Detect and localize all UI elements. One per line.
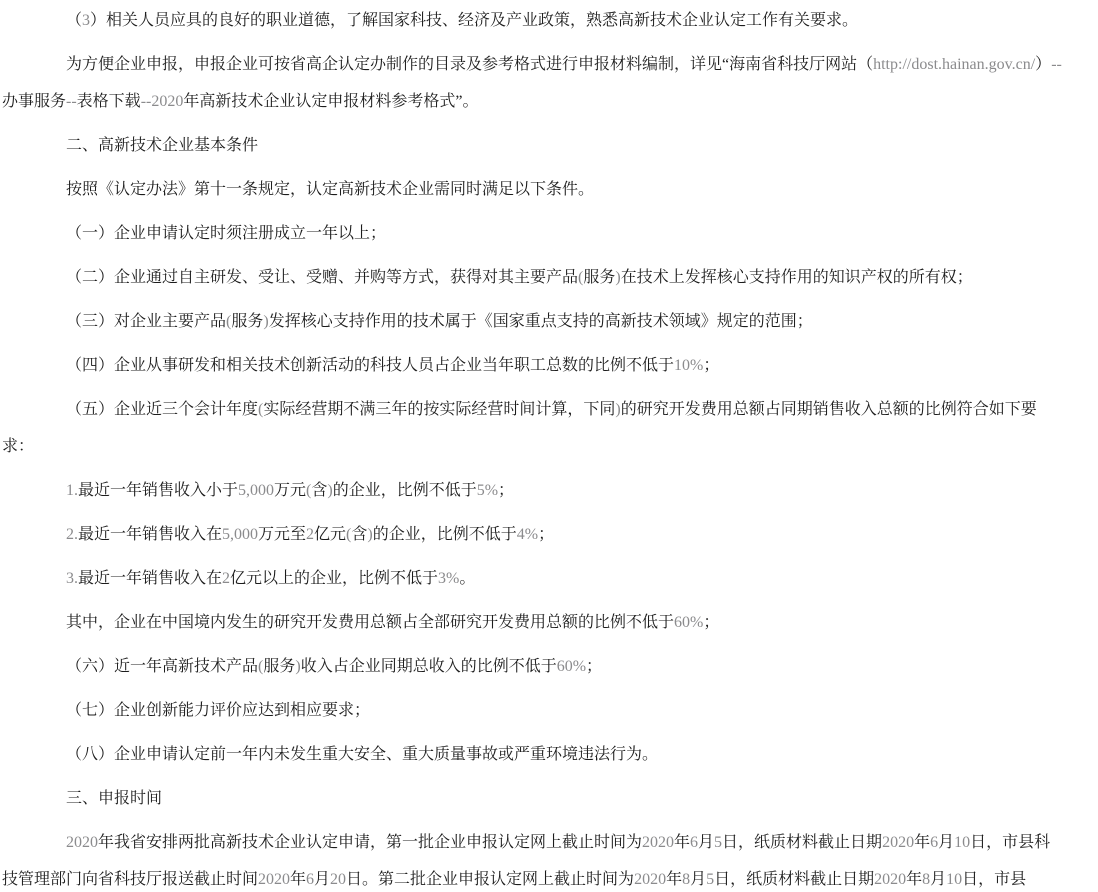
paragraph: （一）企业申请认定时须注册成立一年以上； xyxy=(2,215,1066,252)
paragraph: 2020年我省安排两批高新技术企业认定申请，第一批企业申报认定网上截止时间为20… xyxy=(2,824,1066,892)
paragraph: （七）企业创新能力评价应达到相应要求； xyxy=(2,692,1066,729)
section-heading: 二、高新技术企业基本条件 xyxy=(2,127,1066,164)
paragraph: （3）相关人员应具的良好的职业道德，了解国家科技、经济及产业政策，熟悉高新技术企… xyxy=(2,2,1066,39)
paragraph: 其中，企业在中国境内发生的研究开发费用总额占全部研究开发费用总额的比例不低于60… xyxy=(2,604,1066,641)
paragraph: （二）企业通过自主研发、受让、受赠、并购等方式，获得对其主要产品(服务)在技术上… xyxy=(2,259,1066,296)
section-heading: 三、申报时间 xyxy=(2,780,1066,817)
paragraph: 为方便企业申报，申报企业可按省高企认定办制作的目录及参考格式进行申报材料编制，详… xyxy=(2,46,1066,120)
list-item: 1.最近一年销售收入小于5,000万元(含)的企业，比例不低于5%； xyxy=(2,472,1066,509)
paragraph: 按照《认定办法》第十一条规定，认定高新技术企业需同时满足以下条件。 xyxy=(2,171,1066,208)
list-item: 3.最近一年销售收入在2亿元以上的企业，比例不低于3%。 xyxy=(2,560,1066,597)
paragraph: （八）企业申请认定前一年内未发生重大安全、重大质量事故或严重环境违法行为。 xyxy=(2,736,1066,773)
paragraph: （六）近一年高新技术产品(服务)收入占企业同期总收入的比例不低于60%； xyxy=(2,648,1066,685)
paragraph: （三）对企业主要产品(服务)发挥核心支持作用的技术属于《国家重点支持的高新技术领… xyxy=(2,303,1066,340)
document-body: （3）相关人员应具的良好的职业道德，了解国家科技、经济及产业政策，熟悉高新技术企… xyxy=(0,0,1066,892)
paragraph: （五）企业近三个会计年度(实际经营期不满三年的按实际经营时间计算，下同)的研究开… xyxy=(2,391,1066,465)
list-item: 2.最近一年销售收入在5,000万元至2亿元(含)的企业，比例不低于4%； xyxy=(2,516,1066,553)
paragraph: （四）企业从事研发和相关技术创新活动的科技人员占企业当年职工总数的比例不低于10… xyxy=(2,347,1066,384)
